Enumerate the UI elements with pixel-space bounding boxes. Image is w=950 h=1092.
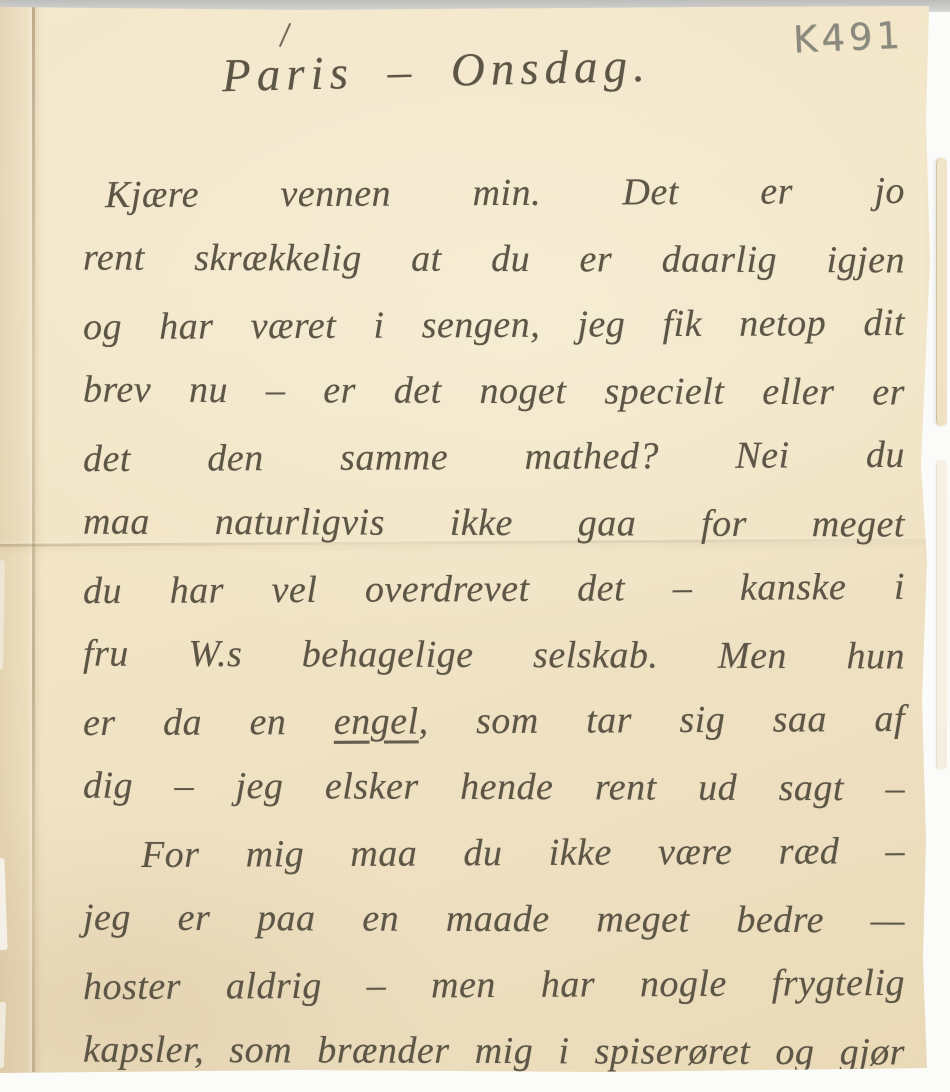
- paper-edge-chip: [0, 560, 5, 670]
- letter-line: og har været i sengen, jeg fik netop dit: [83, 290, 905, 360]
- letter-line: er da en engel, som tar sig saa af: [83, 686, 905, 756]
- letter-line: kapsler, som brænder mig i spiserøret og…: [83, 1017, 905, 1086]
- letter-line: brev nu – er det noget specielt eller er: [83, 357, 905, 426]
- underlying-page-edge: [936, 158, 947, 426]
- underlined-word: engel: [334, 700, 419, 742]
- letter-heading: Paris – Onsdag.: [221, 39, 651, 103]
- letter-line-text: , som tar sig saa af: [418, 698, 905, 743]
- letter-line: maa naturligvis ikke gaa for meget: [83, 489, 905, 558]
- letter-body: Kjære vennen min. Det er jo rent skrække…: [83, 160, 905, 1084]
- paper-edge-chip: [0, 858, 8, 950]
- vertical-fold-crease: [32, 6, 35, 1072]
- letter-line: du har vel overdrevet det – kanske i: [83, 554, 905, 624]
- letter-line-text: er da en: [83, 701, 334, 744]
- letter-line: jeg er paa en maade meget bedre —: [83, 885, 905, 954]
- letter-line: For mig maa du ikke være ræd –: [141, 818, 905, 888]
- letter-line: fru W.s behagelige selskab. Men hun: [83, 621, 905, 690]
- letter-line: Kjære vennen min. Det er jo: [105, 158, 905, 228]
- scanned-letter: K491 Paris – Onsdag. Kjære vennen min. D…: [0, 0, 950, 1092]
- letter-paper: K491 Paris – Onsdag. Kjære vennen min. D…: [0, 0, 950, 1092]
- underlying-page-edge: [936, 460, 947, 770]
- archive-number-pencil: K491: [792, 14, 905, 62]
- letter-line: hoster aldrig – men har nogle frygtelig: [83, 950, 905, 1020]
- letter-line: rent skrækkelig at du er daarlig igjen: [83, 225, 905, 294]
- letter-line: det den samme mathed? Nei du: [83, 422, 905, 492]
- paper-edge-chip: [0, 1002, 6, 1068]
- stray-ink-stroke: [279, 23, 291, 48]
- letter-line: dig – jeg elsker hende rent ud sagt –: [83, 753, 905, 822]
